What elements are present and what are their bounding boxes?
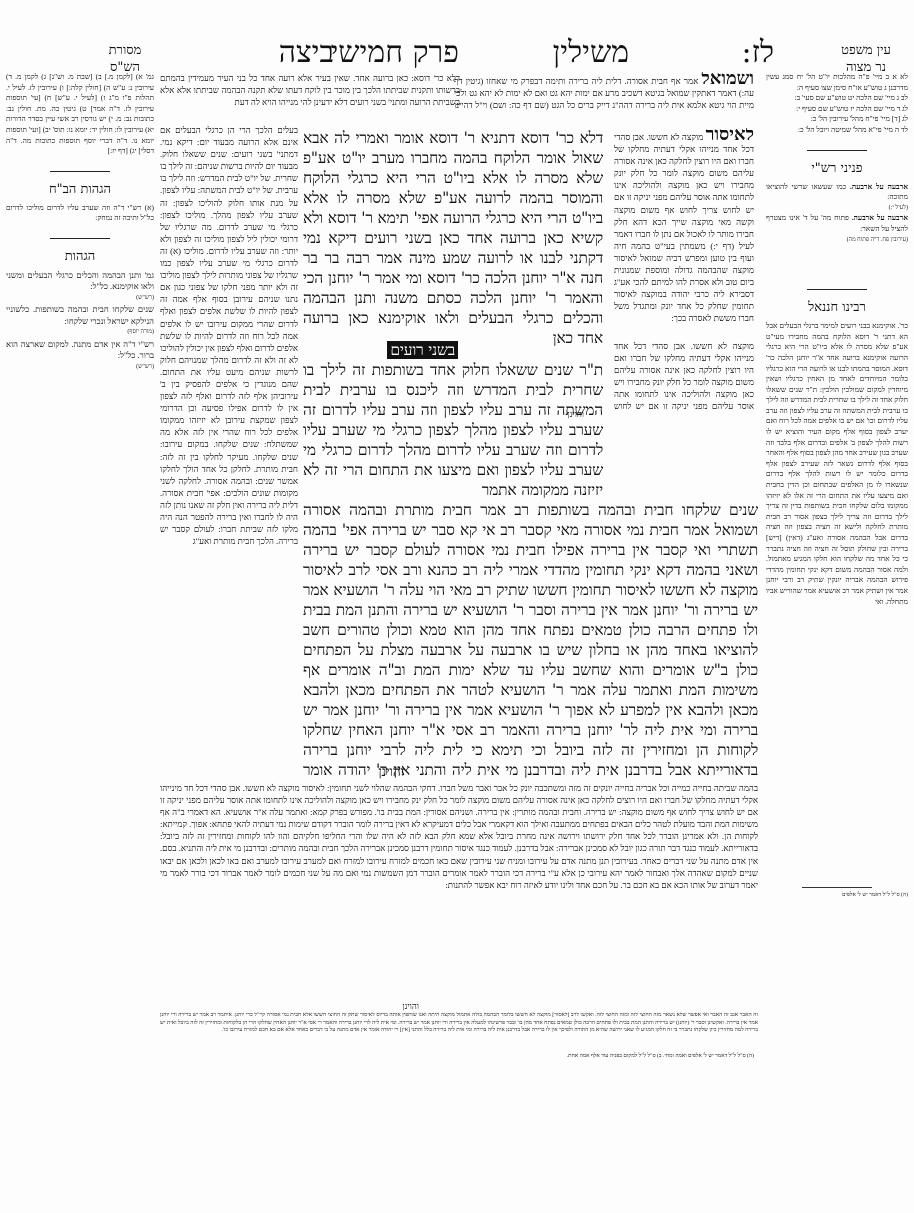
ein-mishpat-section: לא א ב מיי' פ"ה מהלכות יו"ט הל' יח סמג ע… [766, 72, 908, 136]
tosafot-text-2: מוקצה לא חששו. אבן סהדי דכל אחד מנייהו א… [614, 132, 754, 323]
right-margin: לא א ב מיי' פ"ה מהלכות יו"ט הל' יח סמג ע… [766, 72, 908, 900]
hagahot-source: (רש"ש) [6, 293, 154, 305]
tractate-name: ביצה [279, 38, 334, 68]
hagahot-habach-title: הגהות הב"ח [6, 181, 154, 197]
left-margin: גמ' א) [לקמן מ.] ב) [שבת מ. וש"נ] ג) לקמ… [6, 72, 154, 373]
chapter-name: משילין [553, 38, 629, 68]
rabbeinu-chananel-text: כר'. אוקימנא בבני רועים למימר ברגלי הבעל… [766, 321, 908, 881]
daf-number: לז: [741, 38, 774, 68]
hagahot-source: (רש"ש) [6, 362, 154, 374]
chananel-bottom-footnote: זה האבר אגב זה האבר ואי אפשר שלא נשאר מז… [160, 1012, 758, 1052]
gemara-boxed-phrase: בשני רועים [387, 341, 458, 359]
section-divider [766, 146, 908, 156]
pninei-rashi-section: ארבעה על ארבעה. כמו שעשאו שרשי להוציאו מ… [766, 182, 908, 246]
hagahot-entry: רש"י ד"ה אין אדם מתנה. למקום שארצה הוא ב… [6, 339, 154, 362]
tosafot-column: לאיסור מוקצה לא חששו. אבן סהדי דכל אחד מ… [614, 128, 754, 338]
gemara-block-1: דלא כר' דוסא דתניא ר' דוסא אומר ואמרי לה… [303, 128, 603, 348]
tosafot-text-cont: מוקצה לא חששו. אבן סהדי דכל אחד מנייהו א… [614, 341, 754, 415]
hagahot-habach-text: (א) רש"י ד"ה וזה שערב עליו לדרום מוליכו … [6, 203, 154, 224]
tosafot-top: ושמואל אמר אף חבית אסורה. דלית ליה ברירה… [454, 72, 754, 112]
ein-mishpat-header: עין משפט נר מצוה [826, 42, 906, 76]
gemara-boxed-row: בשני רועים [303, 340, 458, 362]
pninei-rashi-source: (עירובין פח. ד"ה פתוח מה) [766, 235, 908, 246]
tosafot-column-cont: מוקצה לא חששו. אבן סהדי דכל אחד מנייהו א… [614, 340, 754, 415]
gemara-block-3: שנים שלקחו חבית ובהמה בשותפות רב אמר חבי… [303, 500, 758, 778]
ein-mishpat-title: עין משפט [826, 42, 906, 59]
masoret-header: מסורת הש"ס [90, 42, 160, 76]
tosafot-lead-word: ושמואל [701, 72, 754, 88]
gemara-block-2: ת"ר שנים ששאלו חלוק אחד בשותפות זה לילך … [303, 360, 603, 500]
pninei-rashi-head: ארבעה על ארבעה. [852, 213, 908, 222]
perek-label: פרק חמישי [330, 38, 459, 68]
ein-mishpat-entry: לג [ד] מיי' פי"ח מהל' עירובין הל' כ: [766, 114, 908, 125]
tosafot-lead-word-2: לאיסור [706, 128, 754, 144]
bottom-note: (ה) ס"ל ל"ל דאמר יש ל' אלפים ואמה ומחי. … [454, 1053, 754, 1061]
hagahot-entry: גמ' ותנן הבהמה והכלים כרגלי הבעלים ומשני… [6, 270, 154, 293]
section-divider [6, 167, 154, 177]
masoret-title: מסורת [90, 42, 160, 59]
hagahot-source: (מורה יוסף) [6, 327, 154, 339]
gemara-text-1: דלא כר' דוסא דתניא ר' דוסא אומר ואמרי לה… [303, 129, 603, 347]
section-divider [6, 234, 154, 244]
pninei-rashi-title: פניני רש"י [766, 160, 908, 176]
gemara-end: והוינן [378, 762, 404, 782]
rabbeinu-chananel-footnote: (ה) ס"ל ל"ל דאמר יש ל' אלפים [766, 892, 908, 900]
ein-mishpat-entry: לב ג מיי' שם הלכה יט טוש"ע שם סעי' ב: [766, 93, 908, 104]
footnote-rule [802, 887, 872, 888]
rabbeinu-chananel-title: רבינו חננאל [766, 299, 908, 315]
ein-mishpat-entry: לד ה מיי' פי"א מהל' שמיטה ויובל הל' כ: [766, 125, 908, 136]
masoret-hashas-text: גמ' א) [לקמן מ.] ב) [שבת מ. וש"נ] ג) לקמ… [6, 72, 154, 157]
ein-mishpat-entry: לא א ב מיי' פ"ה מהלכות יו"ט הל' יח סמג ע… [766, 72, 908, 93]
ein-mishpat-entry: לג ד מיי' שם הלכה יז טוש"ע שם סעיף י: [766, 104, 908, 115]
rashi-end: והוינן [402, 1000, 419, 1012]
pninei-rashi-head: ארבעה על ארבעה. [850, 182, 908, 191]
rashi-column: בעלים הלכך הרי הן כרגלי הבעלים אם אינם א… [160, 124, 298, 772]
rashi-bottom: בהמה שביתה בחייה כמייה וכל אבריה בחייה י… [160, 782, 758, 994]
hagahot-title: הגהות [6, 248, 154, 264]
pninei-rashi-source: (לעיל י:) [766, 203, 908, 214]
hagahot-section: גמ' ותנן הבהמה והכלים כרגלי הבעלים ומשני… [6, 270, 154, 374]
rashi-top: דלא כר' דוסא: כאן ברועה אחד. שאין בעיר א… [160, 72, 460, 122]
hagahot-entry: שנים שלקחו חבית ובהמה בשותפות. כלשוניי ה… [6, 304, 154, 327]
section-divider [766, 285, 908, 295]
